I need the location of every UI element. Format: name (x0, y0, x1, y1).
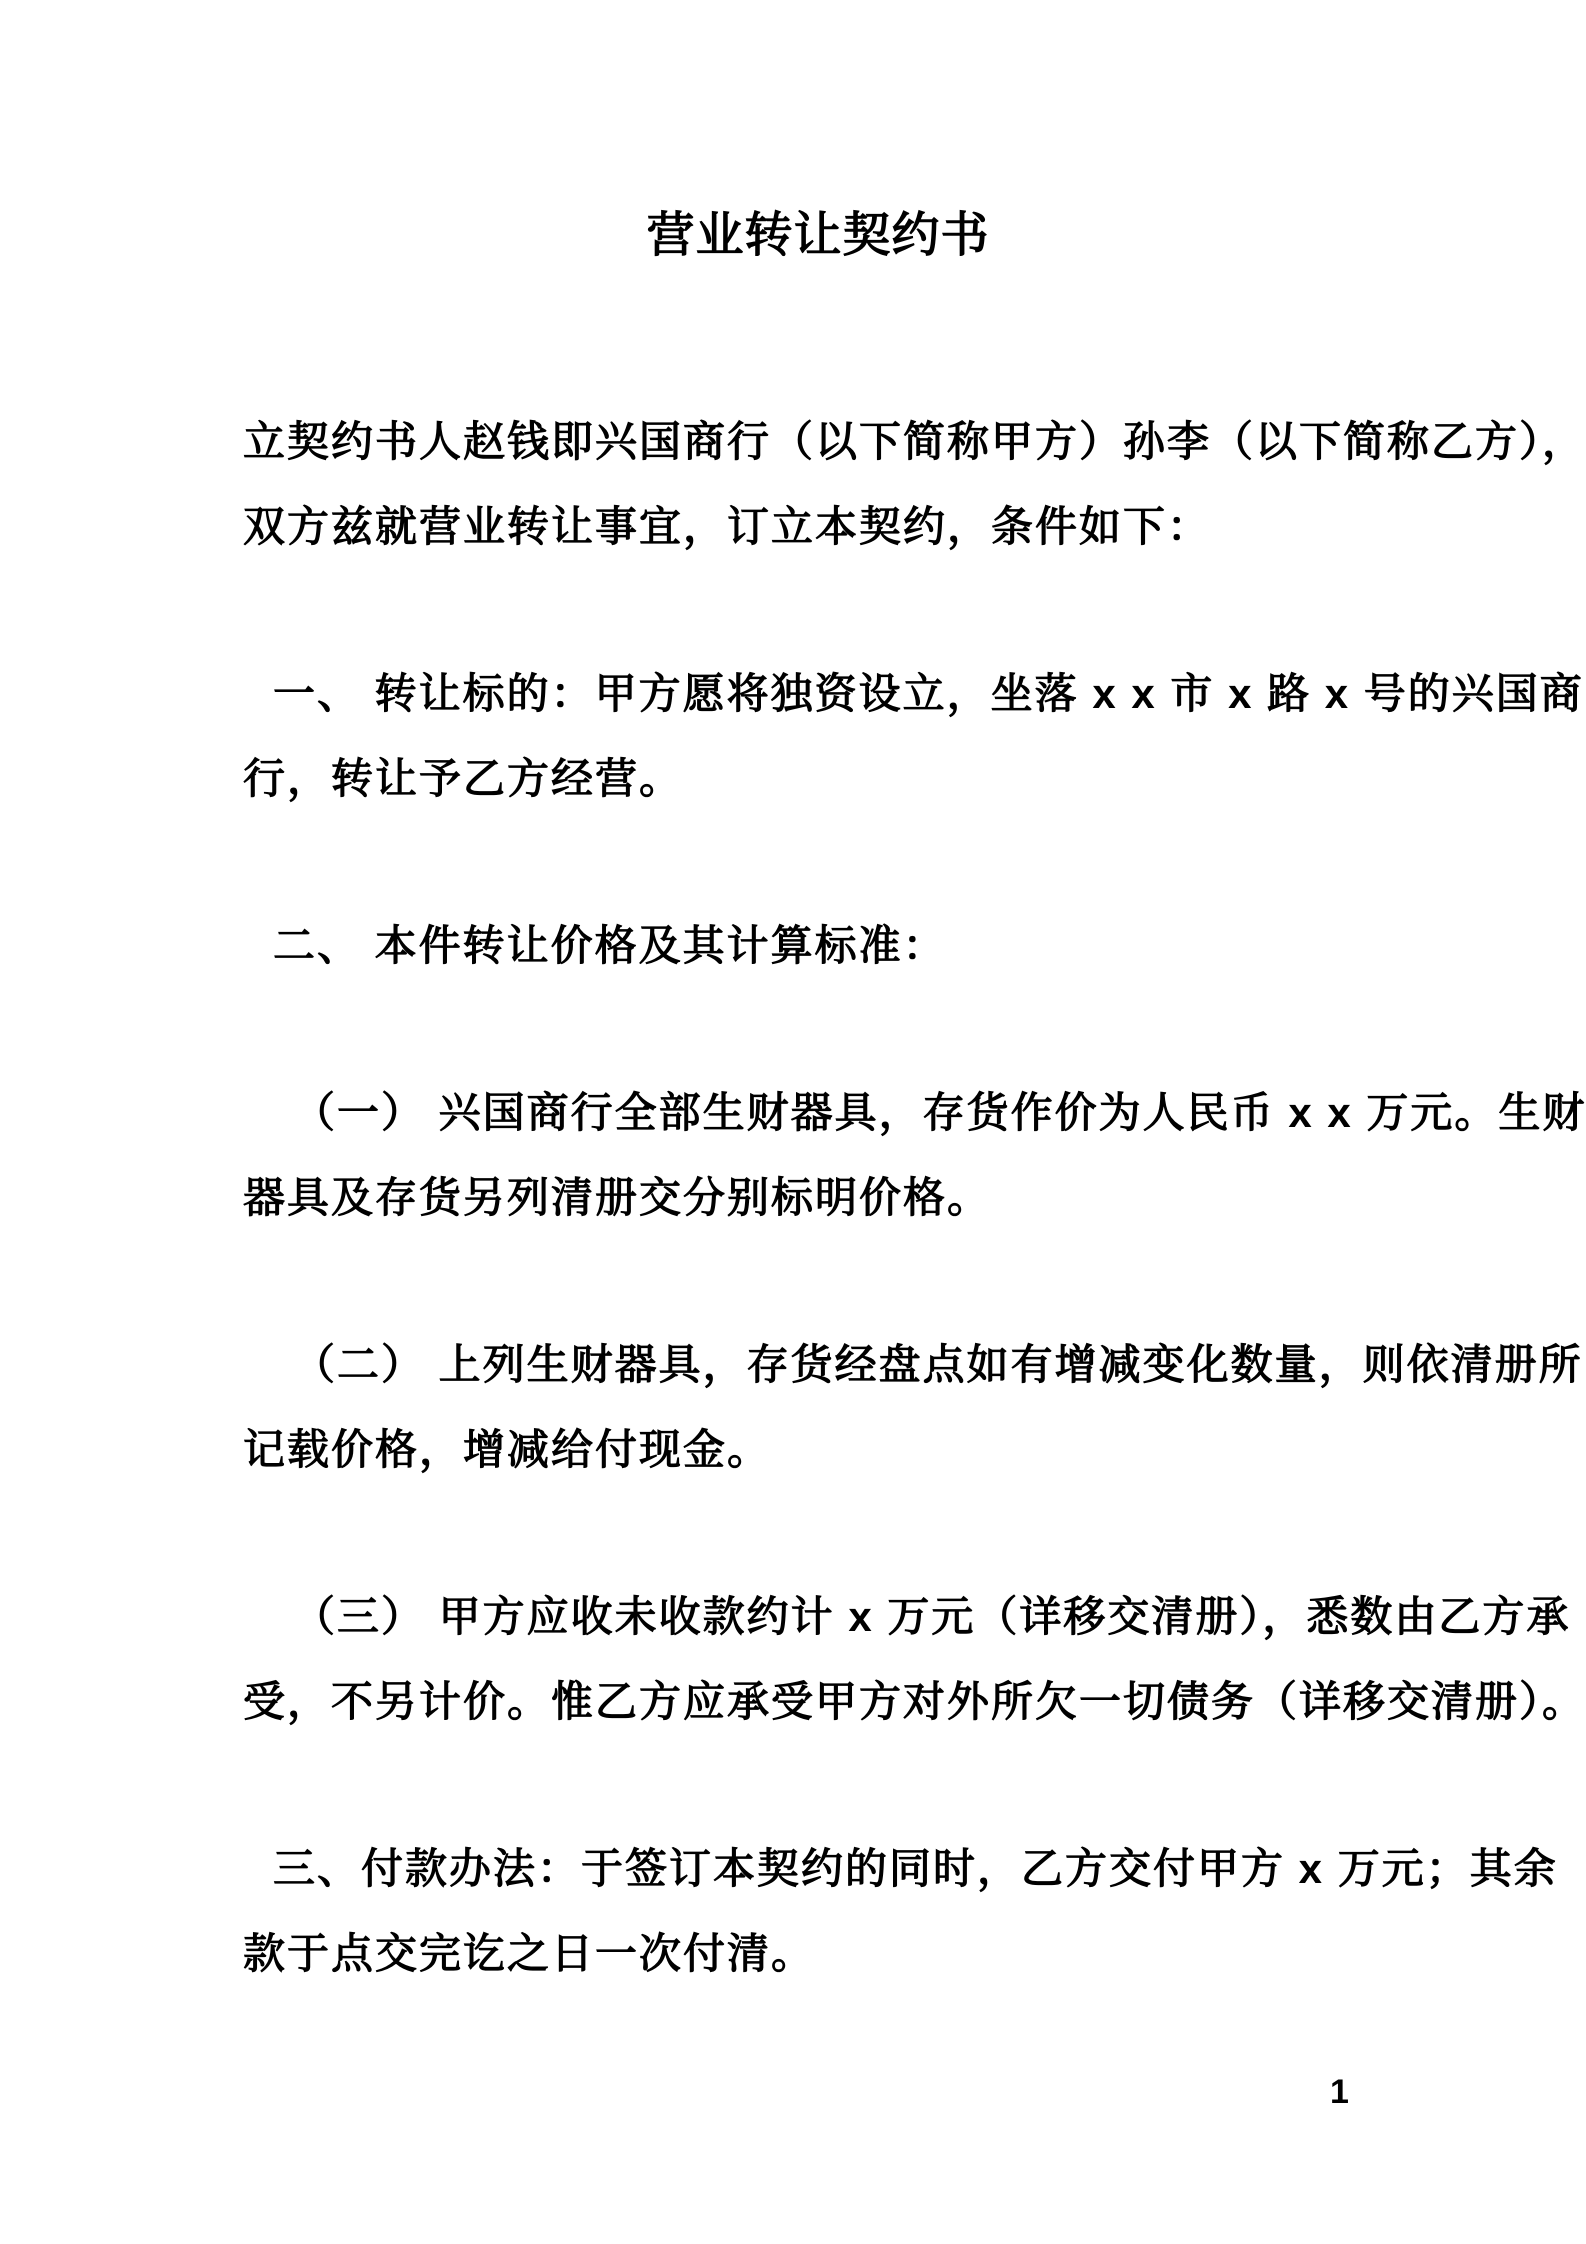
paragraph-intro-line-2: 双方兹就营业转让事宜，订立本契约，条件如下： (243, 484, 1393, 569)
clause-1-line-1: 一、 转让标的：甲方愿将独资设立，坐落 x x 市 x 路 x 号的兴国商 (243, 651, 1393, 736)
page-title: 营业转让契约书 (243, 208, 1393, 264)
paragraph-intro-line-1: 立契约书人赵钱即兴国商行（以下简称甲方）孙李（以下简称乙方）， (243, 399, 1393, 484)
clause-2-item-3-line-2: 受，不另计价。惟乙方应承受甲方对外所欠一切债务（详移交清册）。 (243, 1659, 1393, 1744)
clause-2-heading: 二、 本件转让价格及其计算标准： (243, 903, 1393, 988)
clause-2-item-3-line-1: （三） 甲方应收未收款约计 x 万元（详移交清册），悉数由乙方承 (243, 1574, 1393, 1659)
clause-3-line-2: 款于点交完讫之日一次付清。 (243, 1911, 1393, 1996)
document-page: 营业转让契约书 立契约书人赵钱即兴国商行（以下简称甲方）孙李（以下简称乙方）， … (0, 0, 1586, 2244)
clause-2-item-2-line-2: 记载价格，增减给付现金。 (243, 1407, 1393, 1492)
clause-2-item-1-line-1: （一） 兴国商行全部生财器具，存货作价为人民币 x x 万元。生财 (243, 1070, 1393, 1155)
clause-1-line-2: 行，转让予乙方经营。 (243, 736, 1393, 821)
clause-3-line-1: 三、付款办法：于签订本契约的同时，乙方交付甲方 x 万元；其余 (243, 1826, 1393, 1911)
page-number: 1 (1330, 2072, 1349, 2112)
document-content: 营业转让契约书 立契约书人赵钱即兴国商行（以下简称甲方）孙李（以下简称乙方）， … (243, 0, 1393, 1996)
clause-2-item-1-line-2: 器具及存货另列清册交分别标明价格。 (243, 1155, 1393, 1240)
clause-2-item-2-line-1: （二） 上列生财器具，存货经盘点如有增减变化数量，则依清册所 (243, 1322, 1393, 1407)
